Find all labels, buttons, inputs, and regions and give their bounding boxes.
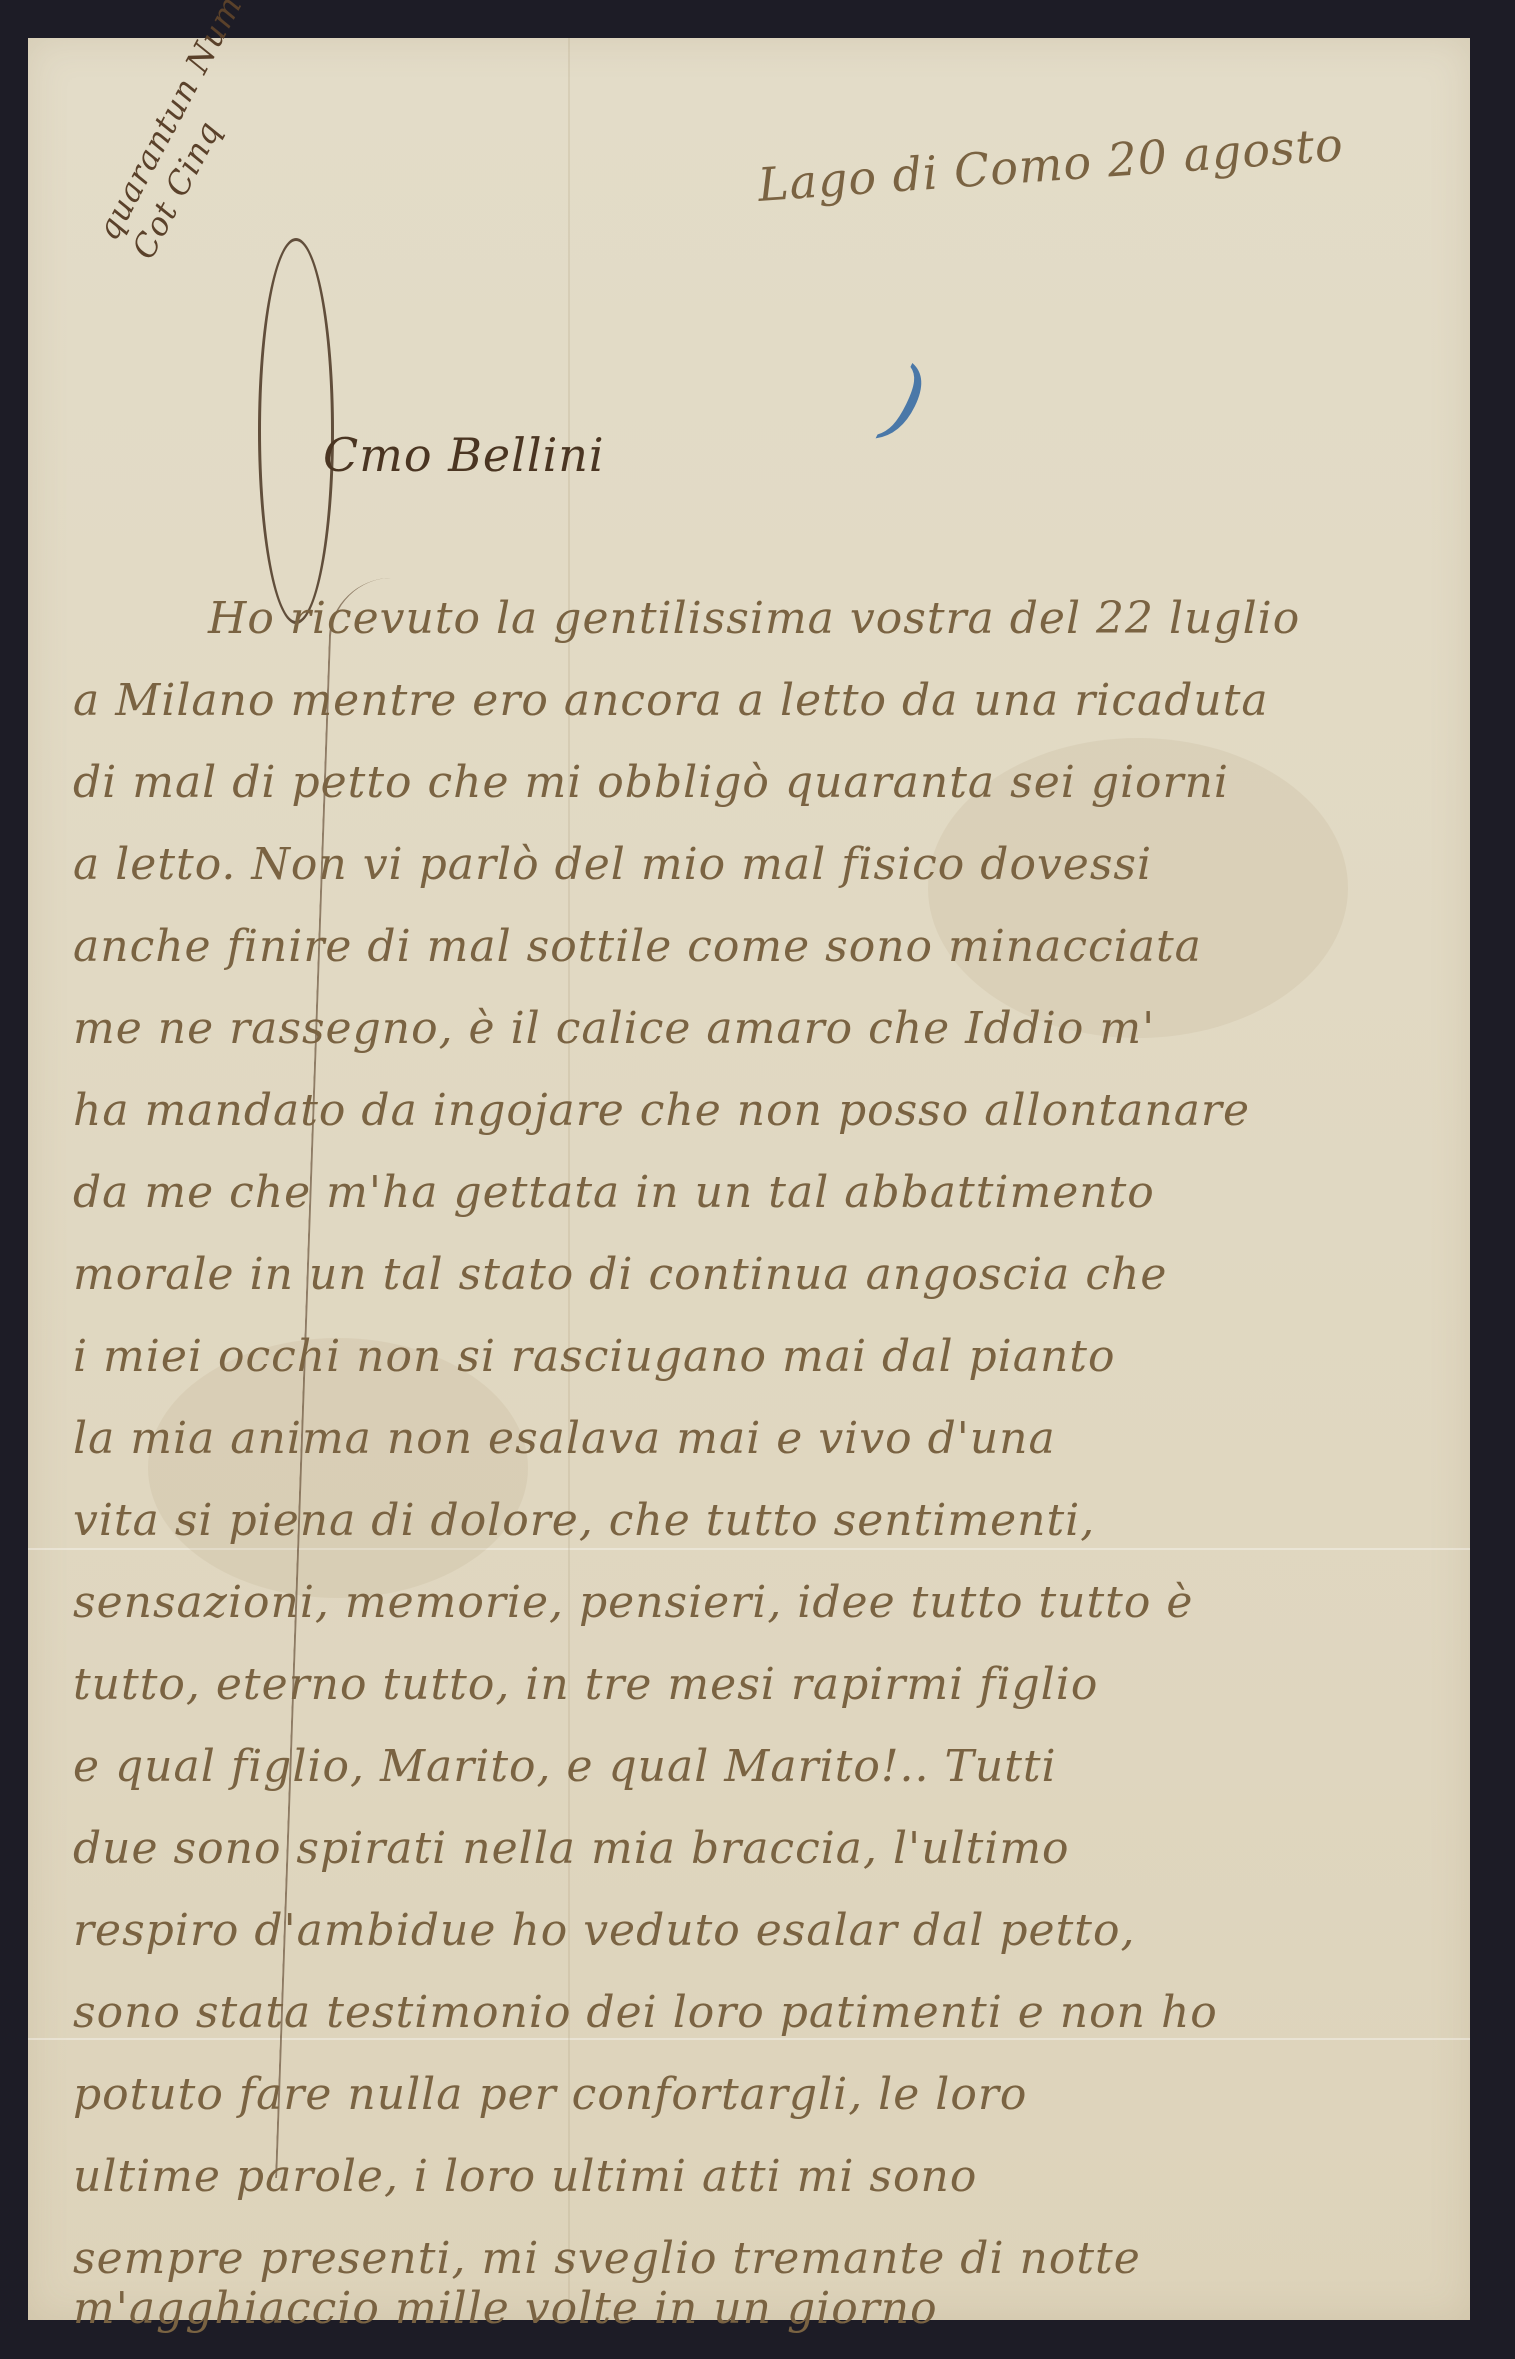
body-line: a Milano mentre ero ancora a letto da un… (73, 675, 1269, 726)
body-line: sono stata testimonio dei loro patimenti… (73, 1987, 1218, 2038)
body-line: e qual figlio, Marito, e qual Marito!.. … (73, 1741, 1057, 1792)
body-line: Ho ricevuto la gentilissima vostra del 2… (208, 593, 1300, 644)
body-line: sensazioni, memorie, pensieri, idee tutt… (73, 1577, 1193, 1628)
body-line: da me che m'ha gettata in un tal abbatti… (73, 1167, 1155, 1218)
body-line: vita si piena di dolore, che tutto senti… (73, 1495, 1095, 1546)
margin-note: quarantun Numéro Cot Cinq (88, 0, 313, 266)
body-line: ultime parole, i loro ultimi atti mi son… (73, 2151, 977, 2202)
letter-page: Lago di Como 20 agosto quarantun Numéro … (28, 38, 1470, 2320)
body-line: respiro d'ambidue ho veduto esalar dal p… (73, 1905, 1135, 1956)
fold-line (28, 2038, 1470, 2040)
place-date: Lago di Como 20 agosto (756, 117, 1345, 212)
body-line: potuto fare nulla per confortargli, le l… (73, 2069, 1027, 2120)
body-line: a letto. Non vi parlò del mio mal fisico… (73, 839, 1152, 890)
body-line: me ne rassegno, è il calice amaro che Id… (73, 1003, 1155, 1054)
body-line: di mal di petto che mi obbligò quaranta … (73, 757, 1229, 808)
body-line: morale in un tal stato di continua angos… (73, 1249, 1167, 1300)
body-line: sempre presenti, mi sveglio tremante di … (73, 2233, 1141, 2284)
body-line: i miei occhi non si rasciugano mai dal p… (73, 1331, 1115, 1382)
body-line: tutto, eterno tutto, in tre mesi rapirmi… (73, 1659, 1098, 1710)
body-line: due sono spirati nella mia braccia, l'ul… (73, 1823, 1070, 1874)
body-line: la mia anima non esalava mai e vivo d'un… (73, 1413, 1056, 1464)
body-line: m'agghiaccio mille volte in un giorno (73, 2283, 938, 2334)
blue-pencil-mark: ) (875, 345, 937, 456)
body-line: ha mandato da ingojare che non posso all… (73, 1085, 1250, 1136)
body-line: anche finire di mal sottile come sono mi… (73, 921, 1202, 972)
salutation: Cmo Bellini (323, 428, 605, 482)
